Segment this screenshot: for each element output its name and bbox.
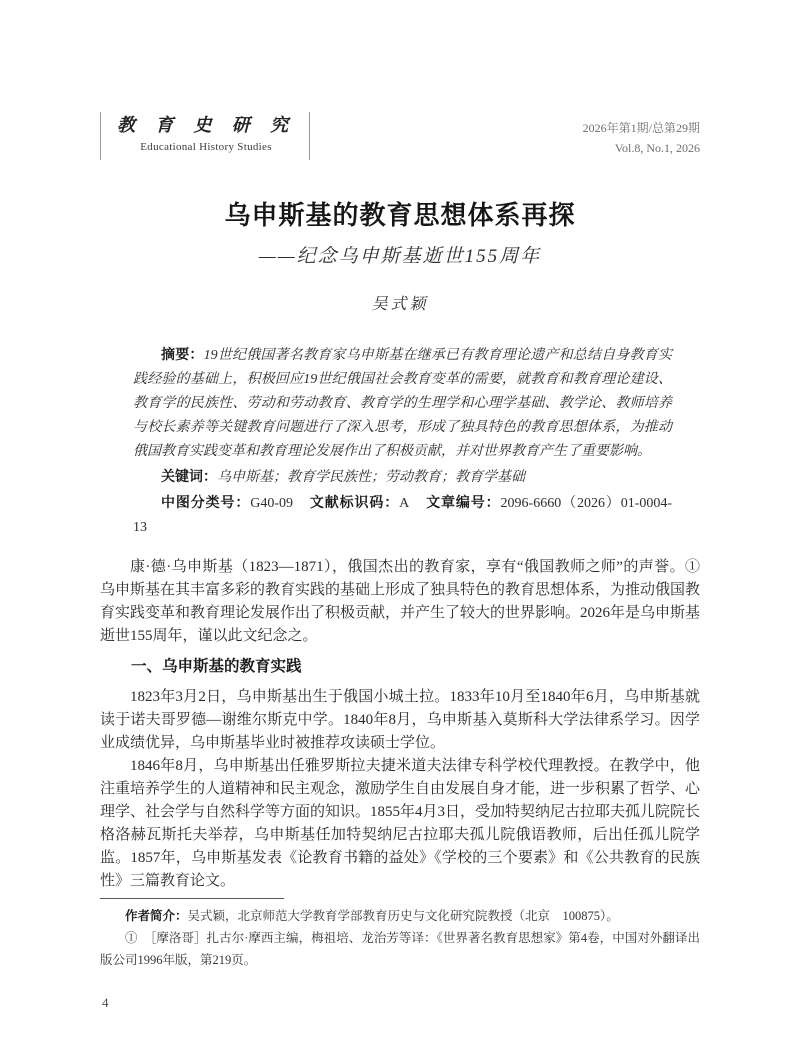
issue-line-chinese: 2026年第1期/总第29期 — [583, 118, 700, 138]
body-paragraph-3: 1846年8月，乌申斯基出任雅罗斯拉夫捷米道夫法律专科学校代理教授。在教学中，他… — [100, 755, 700, 893]
article-title: 乌申斯基的教育思想体系再探 — [100, 198, 700, 232]
clc-value: G40-09 — [250, 496, 293, 511]
abstract-block: 摘要：19世纪俄国著名教育家乌申斯基在继承已有教育理论遗产和总结自身教育实践经验… — [133, 342, 672, 540]
footnote-divider — [100, 898, 284, 899]
article-id-label: 文章编号： — [425, 494, 500, 510]
journal-name-english: Educational History Studies — [117, 139, 295, 155]
author-bio-label: 作者简介： — [125, 909, 188, 923]
footnotes-block: 作者简介：吴式颖，北京师范大学教育学部教育历史与文化研究院教授（北京 10087… — [100, 898, 700, 971]
abstract-paragraph: 摘要：19世纪俄国著名教育家乌申斯基在继承已有教育理论遗产和总结自身教育实践经验… — [133, 342, 672, 464]
doc-code-label: 文献标识码： — [309, 494, 399, 510]
journal-header: 教 育 史 研 究 Educational History Studies 20… — [100, 112, 700, 160]
body-paragraph-2: 1823年3月2日，乌申斯基出生于俄国小城土拉。1833年10月至1840年6月… — [100, 686, 700, 755]
article-body: 康·德·乌申斯基（1823—1871），俄国杰出的教育家，享有“俄国教师之师”的… — [100, 556, 700, 893]
clc-label: 中图分类号： — [161, 494, 250, 510]
abstract-label: 摘要： — [161, 346, 204, 362]
author-bio-footnote: 作者简介：吴式颖，北京师范大学教育学部教育历史与文化研究院教授（北京 10087… — [100, 905, 700, 927]
journal-logo: 教 育 史 研 究 Educational History Studies — [100, 112, 310, 160]
issue-line-english: Vol.8, No.1, 2026 — [583, 138, 700, 158]
article-subtitle: ——纪念乌申斯基逝世155周年 — [100, 244, 700, 270]
doc-code-value: A — [399, 496, 409, 511]
keywords-label: 关键词： — [161, 468, 217, 484]
keywords-text: 乌申斯基；教育学民族性；劳动教育；教育学基础 — [217, 470, 525, 485]
keywords-line: 关键词：乌申斯基；教育学民族性；劳动教育；教育学基础 — [133, 464, 672, 490]
issue-info: 2026年第1期/总第29期 Vol.8, No.1, 2026 — [583, 118, 700, 158]
classification-line: 中图分类号：G40-09文献标识码：A文章编号：2096-6660（2026）0… — [133, 490, 672, 540]
section-heading-1: 一、乌申斯基的教育实践 — [100, 656, 700, 678]
article-author: 吴式颖 — [100, 294, 700, 316]
journal-page: 教 育 史 研 究 Educational History Studies 20… — [0, 0, 800, 1059]
author-bio-text: 吴式颖，北京师范大学教育学部教育历史与文化研究院教授（北京 100875）。 — [188, 909, 619, 923]
body-paragraph-1: 康·德·乌申斯基（1823—1871），俄国杰出的教育家，享有“俄国教师之师”的… — [100, 556, 700, 648]
page-number: 4 — [102, 995, 109, 1011]
journal-name-chinese: 教 育 史 研 究 — [117, 115, 295, 137]
abstract-text: 19世纪俄国著名教育家乌申斯基在继承已有教育理论遗产和总结自身教育实践经验的基础… — [133, 348, 672, 459]
footnote-1: ① ［摩洛哥］扎古尔·摩西主编，梅祖培、龙治芳等译：《世界著名教育思想家》第4卷… — [100, 927, 700, 971]
